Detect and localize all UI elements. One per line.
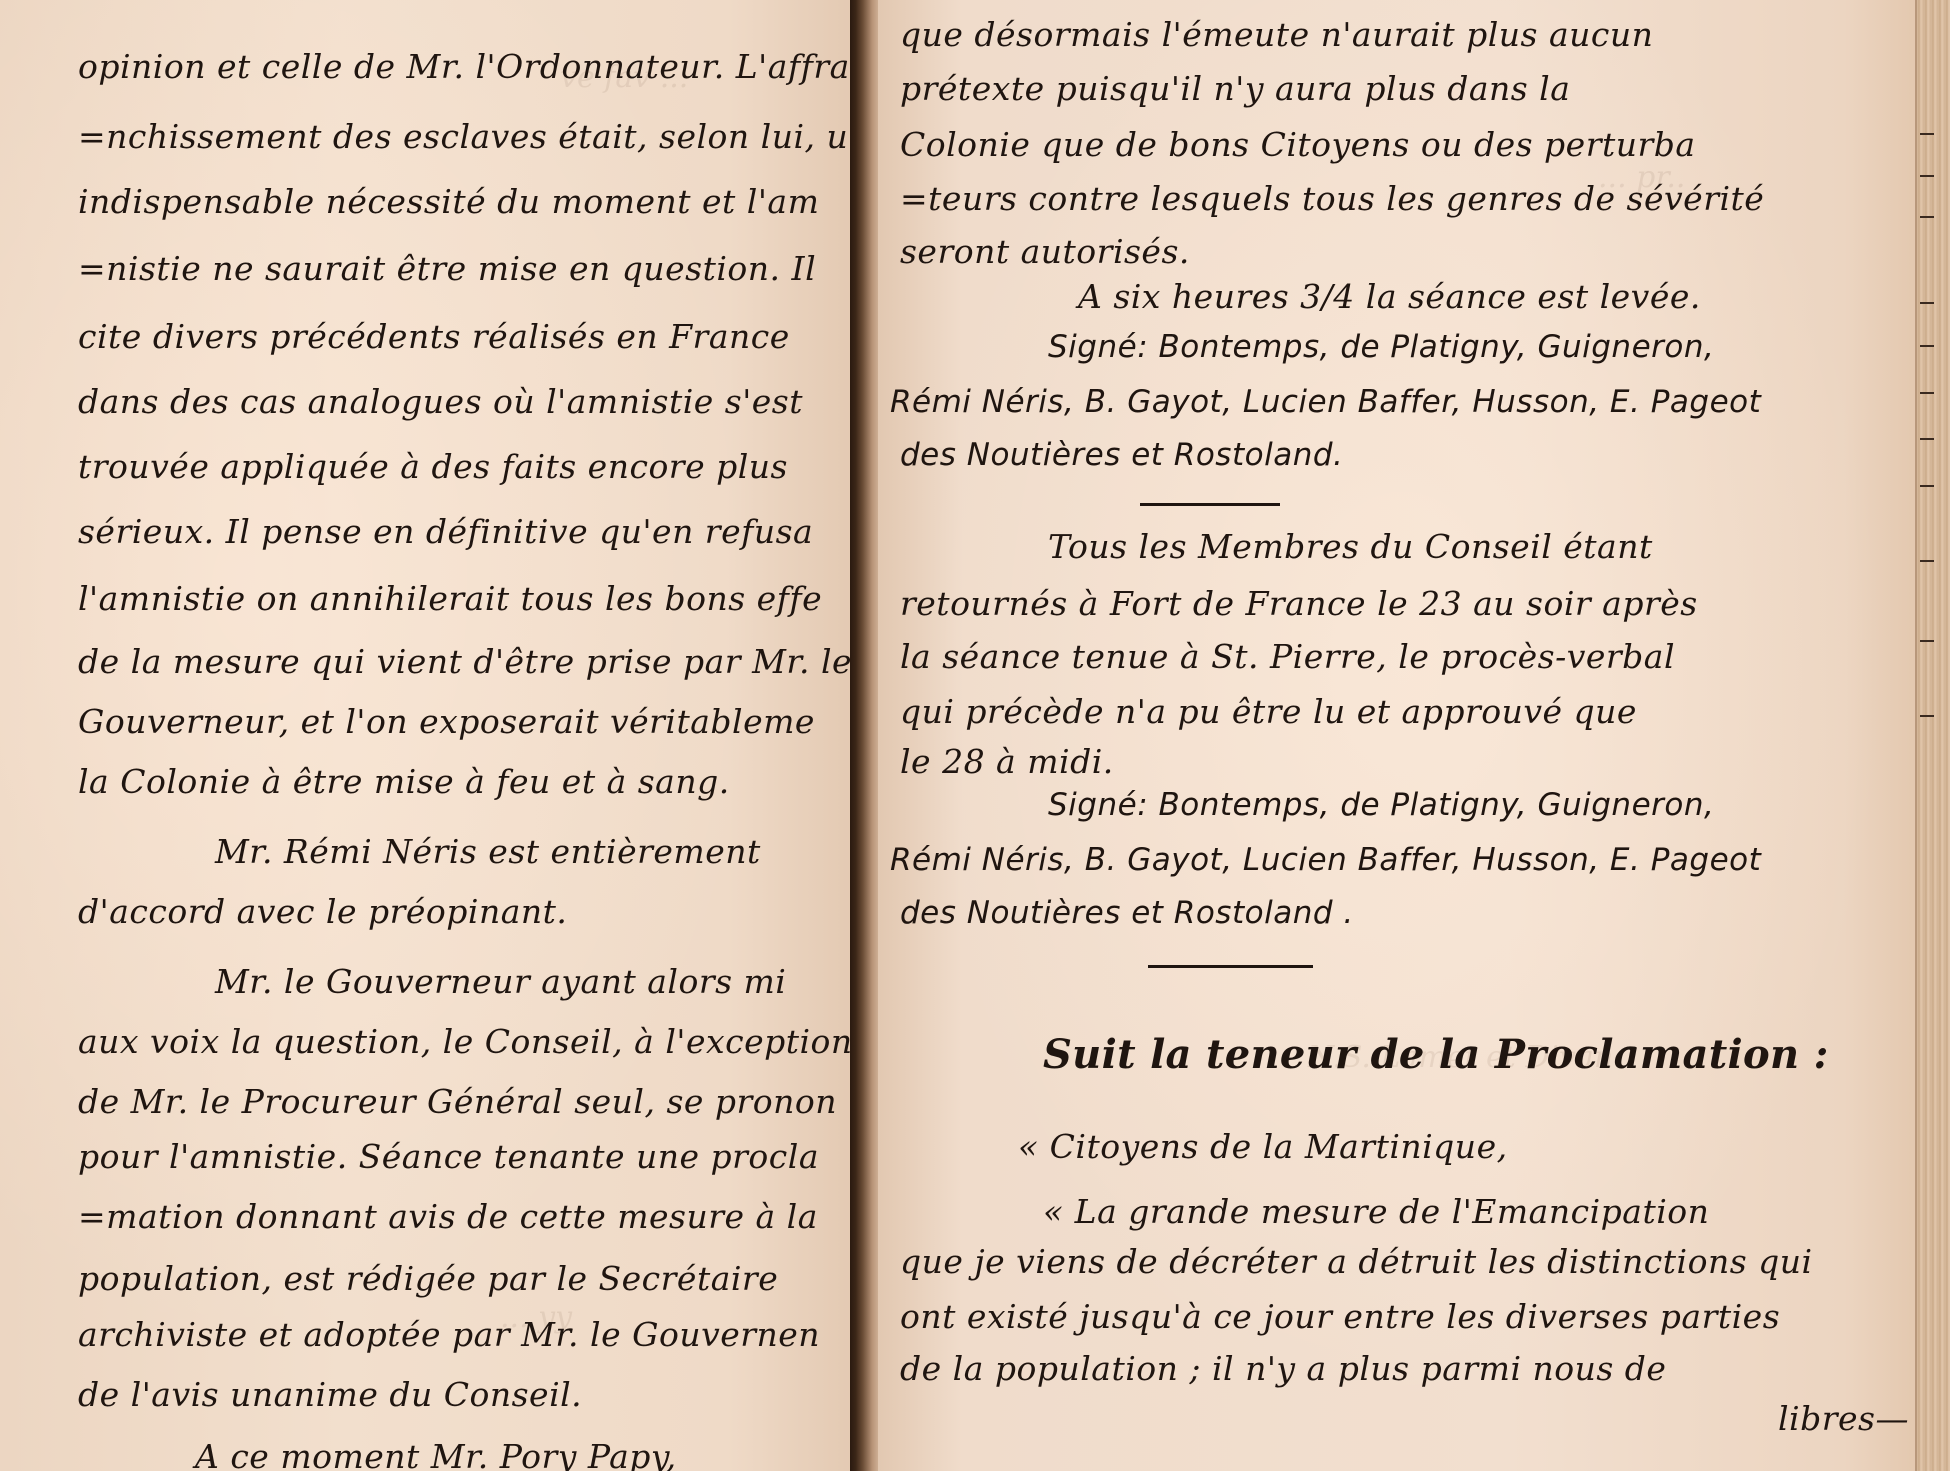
signature-line: Signé: Bontemps, de Platigny, Guigneron, xyxy=(1048,790,1714,821)
manuscript-line: retournés à Fort de France le 23 au soir… xyxy=(900,587,1698,620)
section-divider xyxy=(1140,503,1280,506)
signature-line: Signé: Bontemps, de Platigny, Guigneron, xyxy=(1048,332,1714,363)
manuscript-line: de la mesure qui vient d'être prise par … xyxy=(78,645,852,678)
manuscript-line: opinion et celle de Mr. l'Ordonnateur. L… xyxy=(78,50,850,83)
signature-line: Rémi Néris, B. Gayot, Lucien Baffer, Hus… xyxy=(890,387,1761,418)
manuscript-line: dans des cas analogues où l'amnistie s'e… xyxy=(78,385,803,418)
signature-line: Rémi Néris, B. Gayot, Lucien Baffer, Hus… xyxy=(890,845,1761,876)
manuscript-line: de Mr. le Procureur Général seul, se pro… xyxy=(78,1085,837,1118)
manuscript-line: seront autorisés. xyxy=(900,235,1190,268)
edge-mark xyxy=(1920,640,1934,642)
page-edges xyxy=(1915,0,1950,1471)
proclamation-line: « La grande mesure de l'Emancipation xyxy=(1043,1195,1709,1228)
manuscript-line: =teurs contre lesquels tous les genres d… xyxy=(900,182,1764,215)
manuscript-line: aux voix la question, le Conseil, à l'ex… xyxy=(78,1025,853,1058)
proclamation-line: « Citoyens de la Martinique, xyxy=(1018,1130,1508,1163)
left-page: ve fav ... ... yy opinion et celle de Mr… xyxy=(0,0,856,1471)
proclamation-line: ont existé jusqu'à ce jour entre les div… xyxy=(900,1300,1780,1333)
manuscript-line: archiviste et adoptée par Mr. le Gouvern… xyxy=(78,1318,820,1351)
edge-mark xyxy=(1920,345,1934,347)
manuscript-line: =mation donnant avis de cette mesure à l… xyxy=(78,1200,818,1233)
manuscript-line: indispensable nécessité du moment et l'a… xyxy=(78,185,819,218)
manuscript-line: =nchissement des esclaves était, selon l… xyxy=(78,120,856,153)
section-divider xyxy=(1148,965,1313,968)
edge-mark xyxy=(1920,485,1934,487)
manuscript-line: sérieux. Il pense en définitive qu'en re… xyxy=(78,515,813,548)
manuscript-line: la Colonie à être mise à feu et à sang. xyxy=(78,765,730,798)
manuscript-line: population, est rédigée par le Secrétair… xyxy=(78,1262,778,1295)
manuscript-line: le 28 à midi. xyxy=(900,745,1114,778)
manuscript-line: A ce moment Mr. Pory Papy, xyxy=(195,1440,677,1471)
edge-mark xyxy=(1920,715,1934,717)
signature-line: des Noutières et Rostoland . xyxy=(900,898,1354,929)
manuscript-line: que désormais l'émeute n'aurait plus auc… xyxy=(900,18,1653,51)
edge-mark xyxy=(1920,133,1934,135)
manuscript-line: Colonie que de bons Citoyens ou des pert… xyxy=(900,128,1696,161)
manuscript-line: Tous les Membres du Conseil étant xyxy=(1048,530,1653,563)
edge-mark xyxy=(1920,216,1934,218)
manuscript-line: prétexte puisqu'il n'y aura plus dans la xyxy=(900,72,1570,105)
edge-mark xyxy=(1920,392,1934,394)
proclamation-line: libres— xyxy=(1778,1402,1909,1435)
manuscript-line: de l'avis unanime du Conseil. xyxy=(78,1378,582,1411)
session-closing-line: A six heures 3/4 la séance est levée. xyxy=(1078,280,1701,313)
edge-mark xyxy=(1920,302,1934,304)
proclamation-line: que je viens de décréter a détruit les d… xyxy=(900,1245,1813,1278)
manuscript-line: l'amnistie on annihilerait tous les bons… xyxy=(78,582,822,615)
manuscript-line: =nistie ne saurait être mise en question… xyxy=(78,252,816,285)
manuscript-line: d'accord avec le préopinant. xyxy=(78,895,567,928)
manuscript-line: Mr. Rémi Néris est entièrement xyxy=(215,835,761,868)
manuscript-line: Mr. le Gouverneur ayant alors mi xyxy=(215,965,786,998)
edge-mark xyxy=(1920,175,1934,177)
signature-line: des Noutières et Rostoland. xyxy=(900,440,1343,471)
right-page: ... pr.. N.S. Lamet et Divan que désorma… xyxy=(878,0,1928,1471)
proclamation-line: de la population ; il n'y a plus parmi n… xyxy=(900,1352,1666,1385)
proclamation-heading: Suit la teneur de la Proclamation : xyxy=(1043,1035,1829,1075)
manuscript-line: pour l'amnistie. Séance tenante une proc… xyxy=(78,1140,819,1173)
manuscript-line: cite divers précédents réalisés en Franc… xyxy=(78,320,790,353)
open-register-spread: ve fav ... ... yy opinion et celle de Mr… xyxy=(0,0,1950,1471)
manuscript-line: trouvée appliquée à des faits encore plu… xyxy=(78,450,788,483)
manuscript-line: Gouverneur, et l'on exposerait véritable… xyxy=(78,705,815,738)
manuscript-line: la séance tenue à St. Pierre, le procès-… xyxy=(900,640,1675,673)
edge-mark xyxy=(1920,560,1934,562)
manuscript-line: qui précède n'a pu être lu et approuvé q… xyxy=(900,695,1637,728)
edge-mark xyxy=(1920,438,1934,440)
